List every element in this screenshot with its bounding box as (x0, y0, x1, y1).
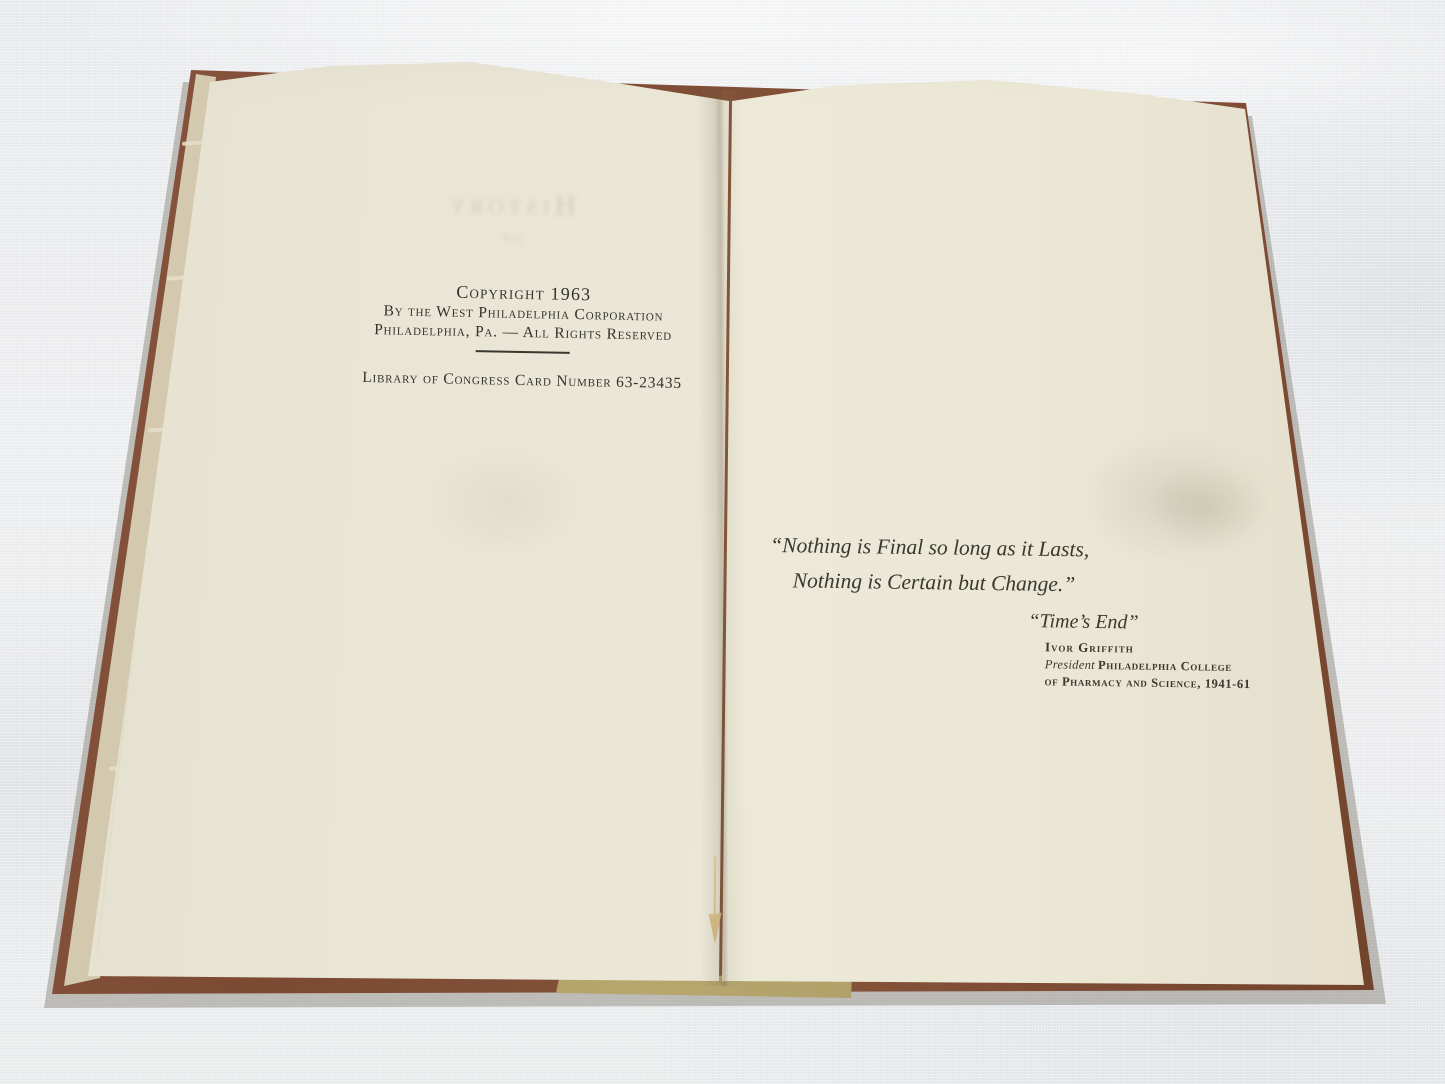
show-through-line: of (387, 224, 632, 251)
author-role-line2: of Pharmacy and Science, 1941-61 (1044, 674, 1307, 693)
show-through-text: History of (387, 186, 633, 251)
show-through-line: History (388, 186, 634, 224)
epigraph-quote: “Nothing is Final so long as it Lasts, N… (770, 533, 1201, 599)
quote-line: “Nothing is Final so long as it Lasts, (770, 533, 1200, 564)
book-photograph: History of Copyright 1963 By the West Ph… (0, 0, 1445, 1084)
page-stain (425, 445, 590, 560)
author-role-prefix: President (1045, 657, 1095, 672)
author-role-line: President Philadelphia College (1045, 657, 1308, 676)
copyright-block: Copyright 1963 By the West Philadelphia … (339, 279, 707, 393)
quote-attribution: “Time’s End” Ivor Griffith President Phi… (1027, 610, 1308, 693)
library-of-congress-line: Library of Congress Card Number 63-23435 (339, 368, 705, 393)
quote-line: Nothing is Certain but Change.” (793, 568, 1200, 599)
divider-rule (476, 350, 570, 354)
author-role-organization: Philadelphia College (1098, 658, 1232, 674)
quote-author: Ivor Griffith (1045, 639, 1308, 659)
gutter-shadow (697, 90, 748, 986)
quote-source-title: “Time’s End” (1028, 610, 1308, 637)
